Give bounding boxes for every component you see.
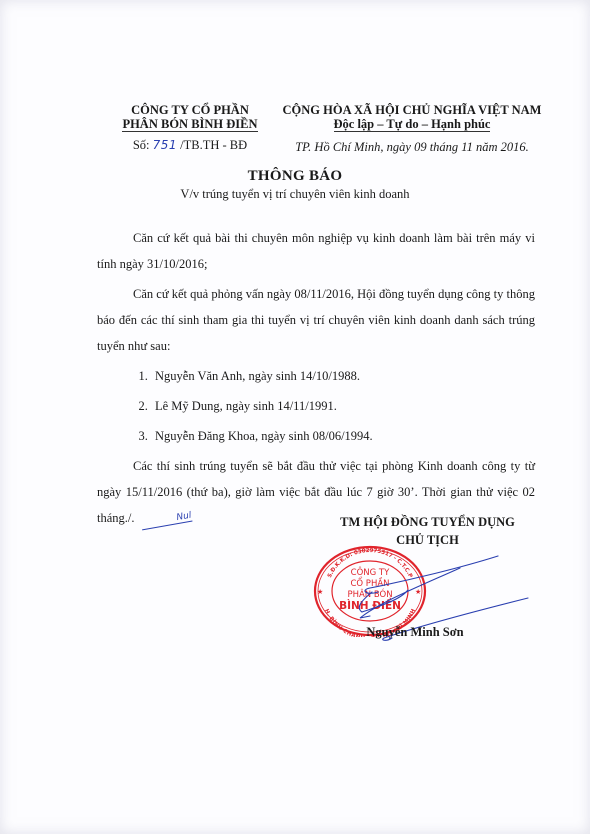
- document-subtitle: V/v trúng tuyển vị trí chuyên viên kinh …: [0, 187, 590, 202]
- candidate-item: Nguyễn Văn Anh, ngày sinh 14/10/1988.: [151, 363, 535, 389]
- handwritten-initials: Nul: [140, 512, 192, 531]
- candidate-list: Nguyễn Văn Anh, ngày sinh 14/10/1988. Lê…: [97, 363, 535, 449]
- national-motto: Độc lập – Tự do – Hạnh phúc: [334, 117, 491, 132]
- on-behalf-label: TM HỘI ĐỒNG TUYỂN DỤNG: [320, 513, 535, 531]
- document-number: Số: 751 /TB.TH - BĐ: [100, 138, 280, 152]
- doc-number-handwritten: 751: [153, 138, 177, 152]
- company-name-line1: CÔNG TY CỔ PHẦN: [100, 103, 280, 117]
- candidate-item: Nguyễn Đăng Khoa, ngày sinh 08/06/1994.: [151, 423, 535, 449]
- national-header: CỘNG HÒA XÃ HỘI CHỦ NGHĨA VIỆT NAM Độc l…: [262, 103, 562, 154]
- company-header: CÔNG TY CỔ PHẦN PHÂN BÓN BÌNH ĐIỀN Số: 7…: [100, 103, 280, 152]
- document-title: THÔNG BÁO: [0, 168, 590, 185]
- place-date: TP. Hồ Chí Minh, ngày 09 tháng 11 năm 20…: [262, 140, 562, 154]
- paragraph-interview-result: Căn cứ kết quả phỏng vấn ngày 08/11/2016…: [97, 281, 535, 359]
- company-name-line2: PHÂN BÓN BÌNH ĐIỀN: [122, 117, 257, 132]
- doc-number-suffix: /TB.TH - BĐ: [177, 138, 247, 152]
- paragraph-exam-result: Căn cứ kết quả bài thi chuyên môn nghiệp…: [97, 225, 535, 277]
- doc-number-prefix: Số:: [133, 138, 153, 152]
- document-body: Căn cứ kết quả bài thi chuyên môn nghiệp…: [97, 225, 535, 531]
- candidate-item: Lê Mỹ Dung, ngày sinh 14/11/1991.: [151, 393, 535, 419]
- nation-title: CỘNG HÒA XÃ HỘI CHỦ NGHĨA VIỆT NAM: [262, 103, 562, 117]
- signer-name: Nguyễn Minh Sơn: [340, 625, 490, 640]
